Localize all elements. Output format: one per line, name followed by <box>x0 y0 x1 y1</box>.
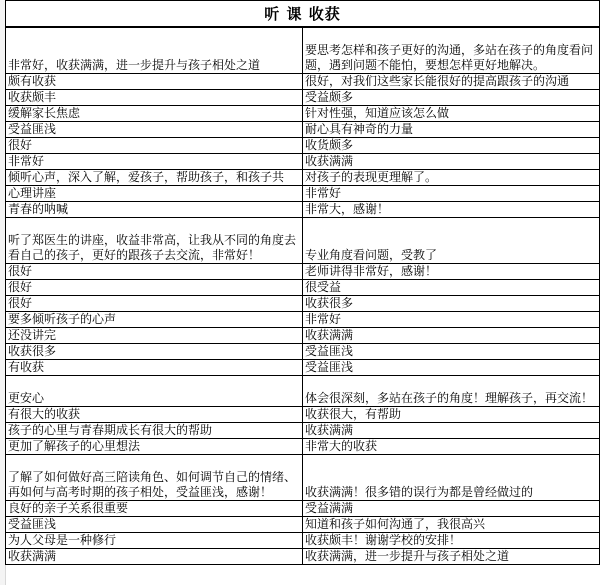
cell-feedback-b[interactable]: 要思考怎样和孩子更好的沟通，多站在孩子的角度看问题，遇到问题不能怕，要想怎样更好… <box>303 27 600 74</box>
table-row: 非常好，收获满满，进一步提升与孩子相处之道要思考怎样和孩子更好的沟通，多站在孩子… <box>6 27 600 74</box>
cell-feedback-a[interactable]: 很好 <box>6 280 303 296</box>
cell-feedback-a[interactable]: 很好 <box>6 138 303 154</box>
cell-feedback-a[interactable]: 非常好 <box>6 154 303 170</box>
cell-feedback-b[interactable]: 非常大的收获 <box>303 439 600 455</box>
cell-feedback-b[interactable]: 收获满满 <box>303 154 600 170</box>
cell-feedback-a[interactable]: 受益匪浅 <box>6 517 303 533</box>
table-row: 很好收获很多 <box>6 296 600 312</box>
cell-feedback-b[interactable]: 很好，对我们这些家长能很好的提高跟孩子的沟通 <box>303 74 600 90</box>
table-row: 倾听心声，深入了解，爱孩子，帮助孩子，和孩子共对孩子的表现更理解了。 <box>6 170 600 186</box>
cell-feedback-a[interactable]: 收获很多 <box>6 344 303 360</box>
cell-feedback-a[interactable]: 听了郑医生的讲座，收益非常高，让我从不同的角度去看自己的孩子，更好的跟孩子去交流… <box>6 218 303 264</box>
cell-feedback-b[interactable]: 收获满满 <box>303 423 600 439</box>
table-row: 孩子的心里与青春期成长有很大的帮助收获满满 <box>6 423 600 439</box>
table-row: 很好老师讲得非常好，感谢！ <box>6 264 600 280</box>
table-row: 更加了解孩子的心里想法非常大的收获 <box>6 439 600 455</box>
cell-feedback-a[interactable]: 有很大的收获 <box>6 407 303 423</box>
cell-feedback-a[interactable]: 要多倾听孩子的心声 <box>6 312 303 328</box>
table-row: 有收获受益匪浅 <box>6 360 600 376</box>
feedback-table: 听 课 收获 非常好，收获满满，进一步提升与孩子相处之道要思考怎样和孩子更好的沟… <box>5 0 600 565</box>
cell-feedback-a[interactable]: 很好 <box>6 296 303 312</box>
cell-feedback-a[interactable]: 很好 <box>6 264 303 280</box>
cell-feedback-a[interactable]: 青春的呐喊 <box>6 202 303 218</box>
cell-feedback-a[interactable]: 收获满满 <box>6 549 303 565</box>
cell-feedback-b[interactable]: 收货颇多 <box>303 138 600 154</box>
cell-feedback-a[interactable]: 收获颇丰 <box>6 90 303 106</box>
cell-feedback-a[interactable]: 孩子的心里与青春期成长有很大的帮助 <box>6 423 303 439</box>
table-row: 收获很多受益匪浅 <box>6 344 600 360</box>
cell-feedback-b[interactable]: 老师讲得非常好，感谢！ <box>303 264 600 280</box>
cell-feedback-b[interactable]: 很受益 <box>303 280 600 296</box>
cell-feedback-b[interactable]: 收获满满！很多错的误行为都是曾经做过的 <box>303 455 600 501</box>
cell-feedback-a[interactable]: 了解了如何做好高三陪读角色、如何调节自己的情绪、再如何与高考时期的孩子相处，受益… <box>6 455 303 501</box>
table-row: 还没讲完收获满满 <box>6 328 600 344</box>
cell-feedback-a[interactable]: 有收获 <box>6 360 303 376</box>
table-row: 有很大的收获收获很大，有帮助 <box>6 407 600 423</box>
cell-feedback-b[interactable]: 收获满满 <box>303 328 600 344</box>
cell-feedback-a[interactable]: 还没讲完 <box>6 328 303 344</box>
table-row: 收获颇丰受益颇多 <box>6 90 600 106</box>
table-row: 受益匪浅知道和孩子如何沟通了，我很高兴 <box>6 517 600 533</box>
table-title: 听 课 收获 <box>6 1 600 28</box>
table-row: 很好很受益 <box>6 280 600 296</box>
table-row: 听了郑医生的讲座，收益非常高，让我从不同的角度去看自己的孩子，更好的跟孩子去交流… <box>6 218 600 264</box>
cell-feedback-a[interactable]: 更加了解孩子的心里想法 <box>6 439 303 455</box>
cell-feedback-b[interactable]: 受益匪浅 <box>303 360 600 376</box>
cell-feedback-b[interactable]: 收获满满，进一步提升与孩子相处之道 <box>303 549 600 565</box>
table-row: 良好的亲子关系很重要受益满满 <box>6 501 600 517</box>
cell-feedback-b[interactable]: 非常好 <box>303 186 600 202</box>
cell-feedback-a[interactable]: 受益匪浅 <box>6 122 303 138</box>
cell-feedback-b[interactable]: 体会很深刻，多站在孩子的角度！理解孩子，再交流！ <box>303 376 600 407</box>
cell-feedback-a[interactable]: 更安心 <box>6 376 303 407</box>
cell-feedback-a[interactable]: 非常好，收获满满，进一步提升与孩子相处之道 <box>6 27 303 74</box>
cell-feedback-a[interactable]: 心理讲座 <box>6 186 303 202</box>
cell-feedback-a[interactable]: 为人父母是一种修行 <box>6 533 303 549</box>
table-row: 颇有收获很好，对我们这些家长能很好的提高跟孩子的沟通 <box>6 74 600 90</box>
cell-feedback-a[interactable]: 缓解家长焦虑 <box>6 106 303 122</box>
table-row: 缓解家长焦虑针对性强，知道应该怎么做 <box>6 106 600 122</box>
table-row: 要多倾听孩子的心声非常好 <box>6 312 600 328</box>
cell-feedback-b[interactable]: 受益匪浅 <box>303 344 600 360</box>
cell-feedback-b[interactable]: 对孩子的表现更理解了。 <box>303 170 600 186</box>
cell-feedback-a[interactable]: 倾听心声，深入了解，爱孩子，帮助孩子，和孩子共 <box>6 170 303 186</box>
cell-feedback-b[interactable]: 受益满满 <box>303 501 600 517</box>
cell-feedback-a[interactable]: 良好的亲子关系很重要 <box>6 501 303 517</box>
cell-feedback-a[interactable]: 颇有收获 <box>6 74 303 90</box>
cell-feedback-b[interactable]: 收获很大，有帮助 <box>303 407 600 423</box>
table-row: 受益匪浅耐心具有神奇的力量 <box>6 122 600 138</box>
cell-feedback-b[interactable]: 耐心具有神奇的力量 <box>303 122 600 138</box>
cell-feedback-b[interactable]: 收获颇丰！谢谢学校的安排！ <box>303 533 600 549</box>
cell-feedback-b[interactable]: 针对性强，知道应该怎么做 <box>303 106 600 122</box>
table-row: 了解了如何做好高三陪读角色、如何调节自己的情绪、再如何与高考时期的孩子相处，受益… <box>6 455 600 501</box>
cell-feedback-b[interactable]: 非常大，感谢！ <box>303 202 600 218</box>
table-row: 青春的呐喊非常大，感谢！ <box>6 202 600 218</box>
cell-feedback-b[interactable]: 受益颇多 <box>303 90 600 106</box>
cell-feedback-b[interactable]: 非常好 <box>303 312 600 328</box>
cell-feedback-b[interactable]: 收获很多 <box>303 296 600 312</box>
title-row: 听 课 收获 <box>6 1 600 28</box>
table-row: 收获满满收获满满，进一步提升与孩子相处之道 <box>6 549 600 565</box>
table-row: 更安心体会很深刻，多站在孩子的角度！理解孩子，再交流！ <box>6 376 600 407</box>
table-row: 心理讲座非常好 <box>6 186 600 202</box>
cell-feedback-b[interactable]: 知道和孩子如何沟通了，我很高兴 <box>303 517 600 533</box>
cell-feedback-b[interactable]: 专业角度看问题，受教了 <box>303 218 600 264</box>
table-row: 为人父母是一种修行收获颇丰！谢谢学校的安排！ <box>6 533 600 549</box>
table-row: 很好收货颇多 <box>6 138 600 154</box>
table-row: 非常好收获满满 <box>6 154 600 170</box>
